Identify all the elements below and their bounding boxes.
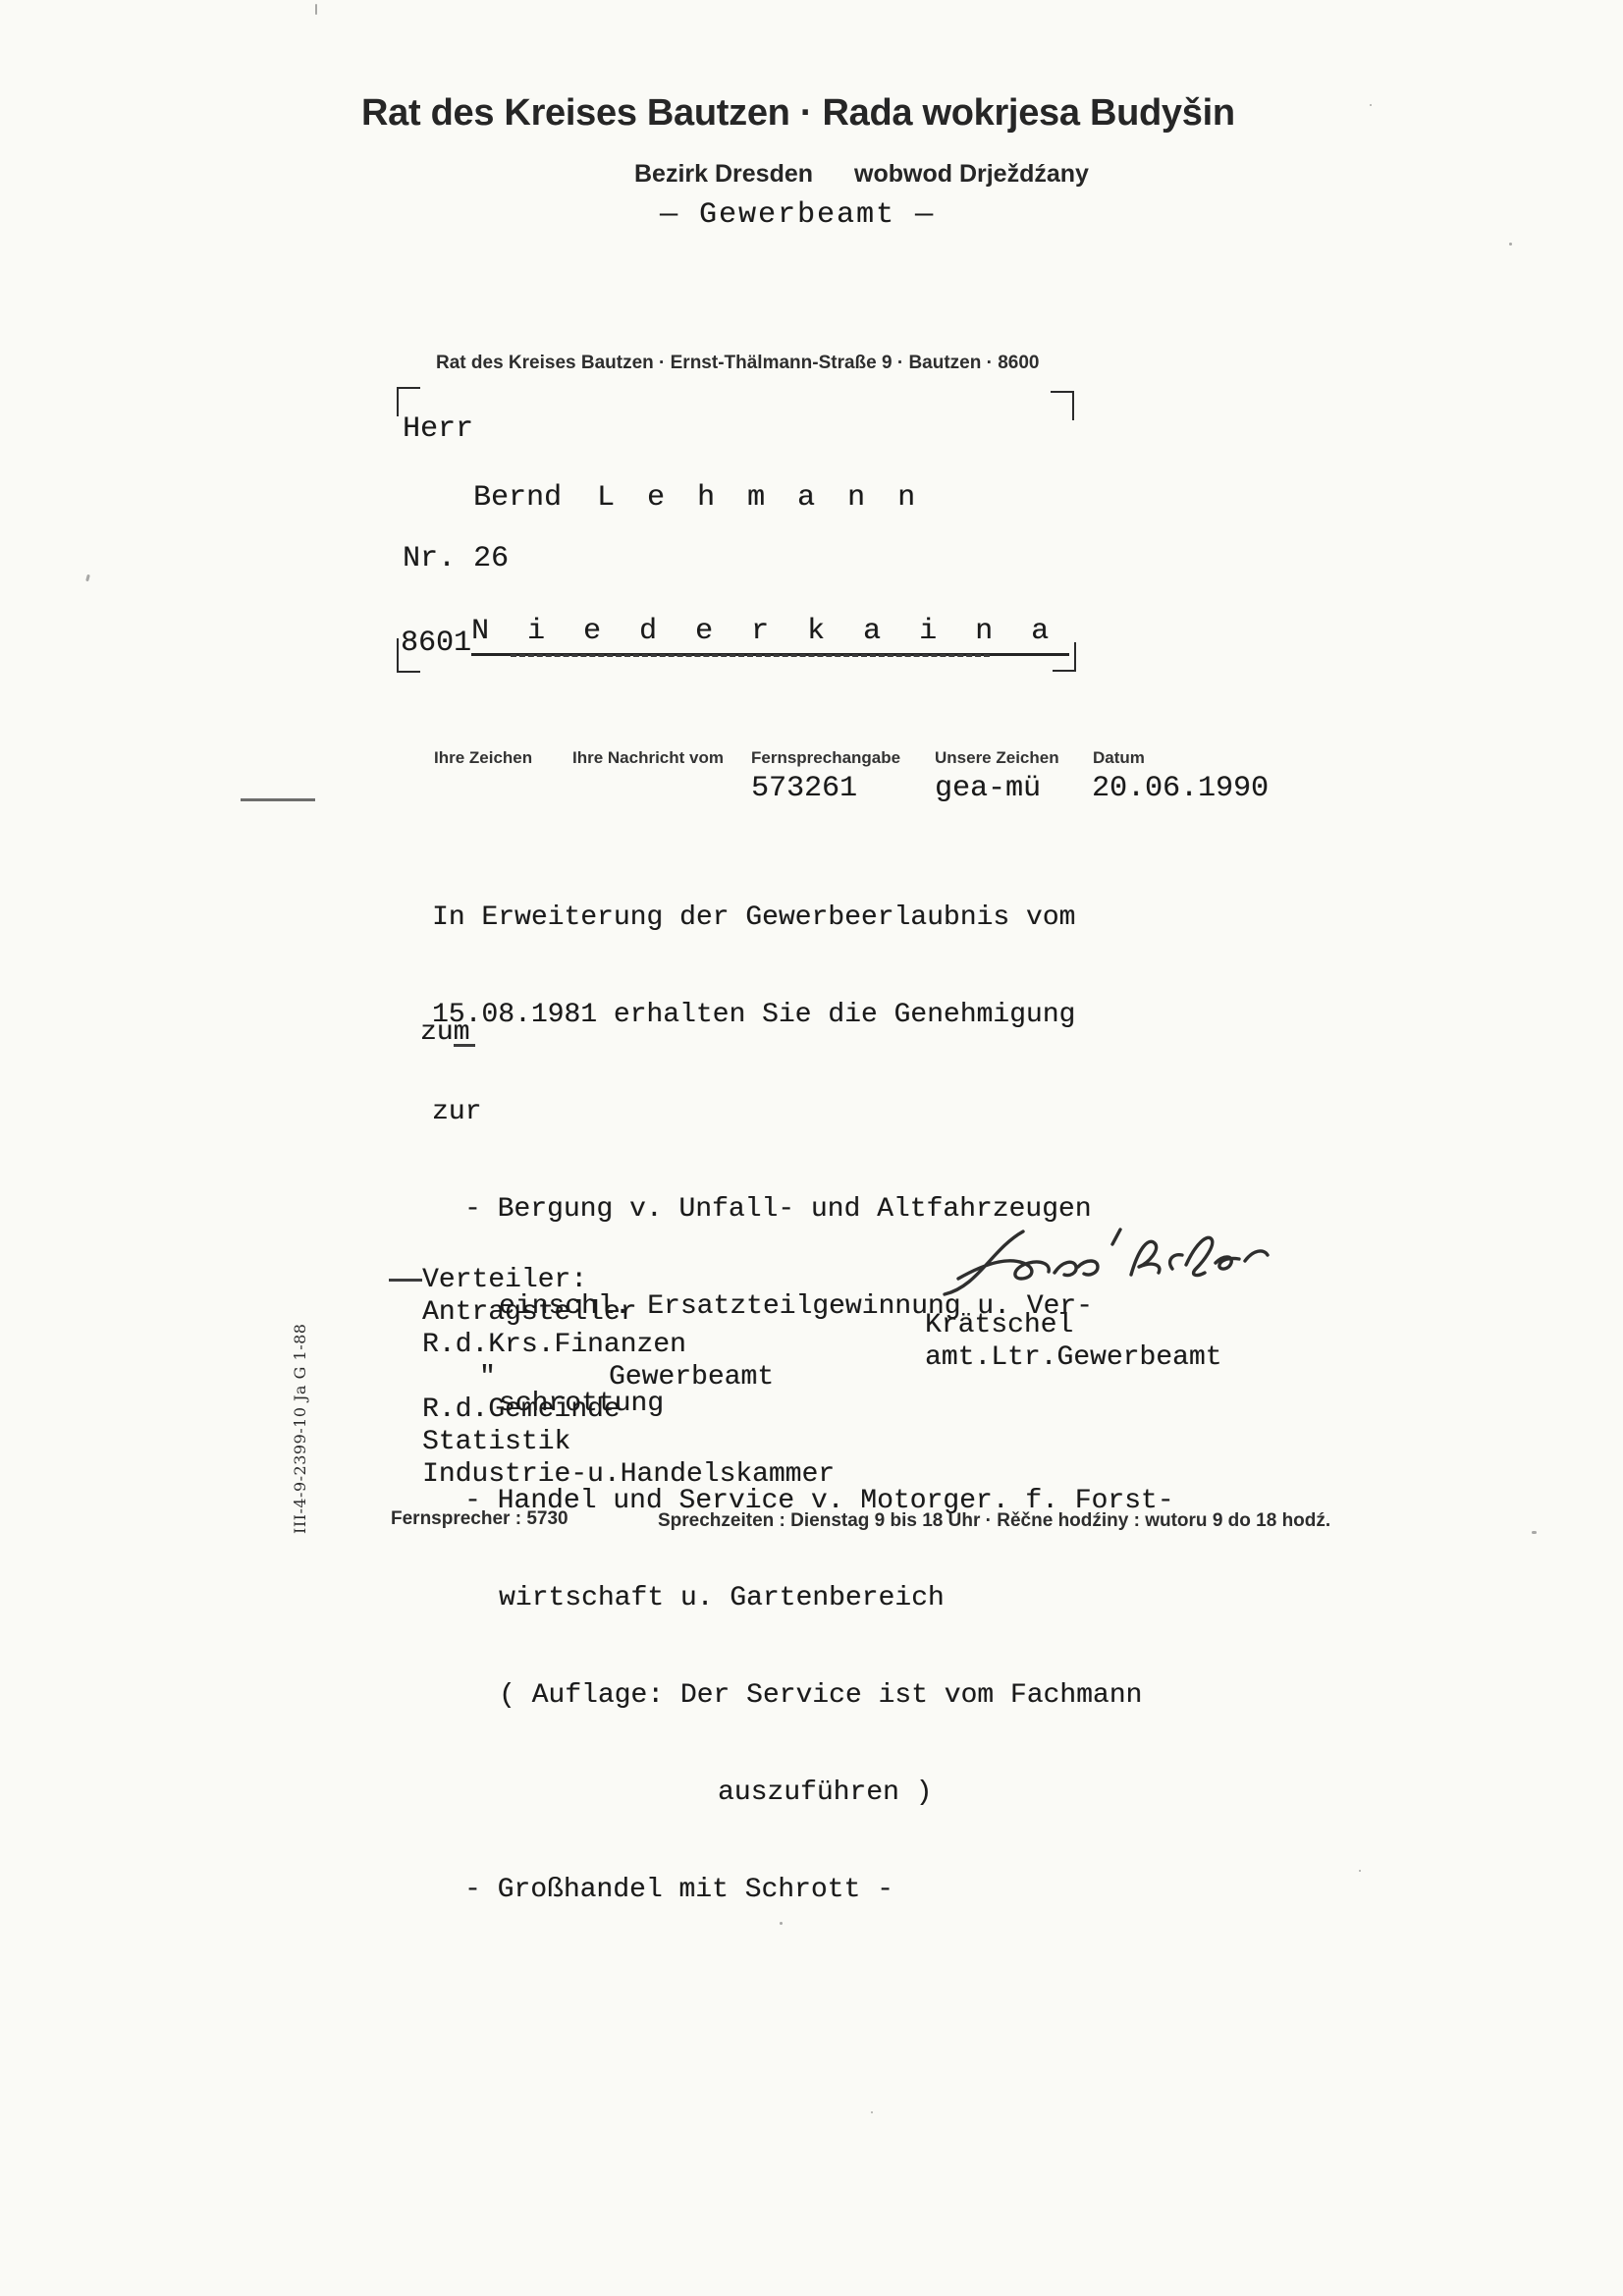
scan-speck	[780, 1922, 783, 1925]
body-line: auszuführen )	[432, 1777, 1174, 1809]
recipient-postal-code: 8601	[401, 627, 471, 660]
scan-speck	[1532, 1531, 1537, 1534]
ref-value-fernsprechangabe: 573261	[751, 772, 857, 805]
letterhead-region-german: Bezirk Dresden	[634, 160, 813, 189]
form-code-vertical: III-4-9-2399-10 Ja G 1-88	[291, 1324, 309, 1534]
ref-label-unsere-zeichen: Unsere Zeichen	[935, 748, 1059, 768]
distribution-item: Gewerbeamt	[609, 1362, 774, 1393]
recipient-place-row: N i e d e r k a i n a	[401, 581, 1069, 689]
page: Rat des Kreises Bautzen · Rada wokrjesa …	[0, 0, 1623, 2296]
distribution-item: Statistik	[422, 1427, 570, 1457]
ref-value-datum: 20.06.1990	[1092, 772, 1269, 805]
distribution-heading: Verteiler:	[422, 1265, 587, 1295]
fold-mark-line	[241, 798, 315, 801]
signer-name: Krätschel	[925, 1310, 1073, 1340]
distribution-item: Industrie-u.Handelskammer	[422, 1459, 835, 1490]
letterhead-department: — Gewerbeamt —	[660, 198, 935, 232]
return-address-line: Rat des Kreises Bautzen · Ernst-Thälmann…	[436, 353, 1040, 374]
recipient-name-row: BerndL e h m a n n	[403, 448, 923, 548]
scan-speck	[85, 574, 90, 582]
distribution-item: Antragsteller	[422, 1297, 636, 1328]
ref-label-ihre-nachricht-vom: Ihre Nachricht vom	[572, 748, 724, 768]
letterhead-title: Rat des Kreises Bautzen · Rada wokrjesa …	[361, 92, 1235, 135]
body-line: 15.08.1981 erhalten Sie die Genehmigung	[432, 999, 1174, 1031]
distribution-ditto-mark: "	[479, 1362, 496, 1393]
ref-label-fernsprechangabe: Fernsprechangabe	[751, 748, 900, 768]
scan-speck	[871, 2111, 873, 2113]
letterhead-region-sorbian: wobwod Drježdźany	[854, 160, 1089, 189]
address-window-corner-top-right	[1051, 391, 1074, 420]
ref-label-datum: Datum	[1093, 748, 1145, 768]
recipient-first-name: Bernd	[473, 481, 562, 515]
recipient-house-number: Nr. 26	[403, 542, 509, 575]
distribution-item: R.d.Gemeinde	[422, 1394, 621, 1425]
scan-speck	[315, 4, 317, 15]
distribution-heading-dash	[389, 1279, 422, 1282]
ref-value-unsere-zeichen: gea-mü	[935, 772, 1041, 805]
footer-office-hours: Sprechzeiten : Dienstag 9 bis 18 Uhr · R…	[658, 1510, 1330, 1532]
recipient-place: N i e d e r k a i n a	[471, 615, 1069, 656]
zum-underline-mark	[454, 1044, 475, 1047]
scan-speck	[1509, 243, 1512, 246]
body-line: In Erweiterung der Gewerbeerlaubnis vom	[432, 902, 1174, 934]
handwritten-signature	[939, 1218, 1272, 1308]
scan-speck	[1359, 1870, 1361, 1872]
letterhead-region-row: Bezirk Dresden wobwod Drježdźany	[634, 160, 1089, 189]
body-line: zur	[432, 1096, 1174, 1128]
signature-scrawl-icon	[939, 1218, 1272, 1308]
postal-code-dashed-fill-line	[511, 654, 990, 657]
recipient-last-name: L e h m a n n	[597, 481, 923, 515]
footer-phone: Fernsprecher : 5730	[391, 1508, 568, 1530]
ref-label-ihre-zeichen: Ihre Zeichen	[434, 748, 532, 768]
body-line: wirtschaft u. Gartenbereich	[432, 1582, 1174, 1614]
signer-role: amt.Ltr.Gewerbeamt	[925, 1342, 1221, 1373]
distribution-item: R.d.Krs.Finanzen	[422, 1330, 686, 1360]
body-line: ( Auflage: Der Service ist vom Fachmann	[432, 1679, 1174, 1712]
body-line: - Großhandel mit Schrott -	[432, 1874, 1174, 1906]
recipient-salutation: Herr	[403, 412, 473, 446]
scan-speck	[1370, 104, 1372, 106]
